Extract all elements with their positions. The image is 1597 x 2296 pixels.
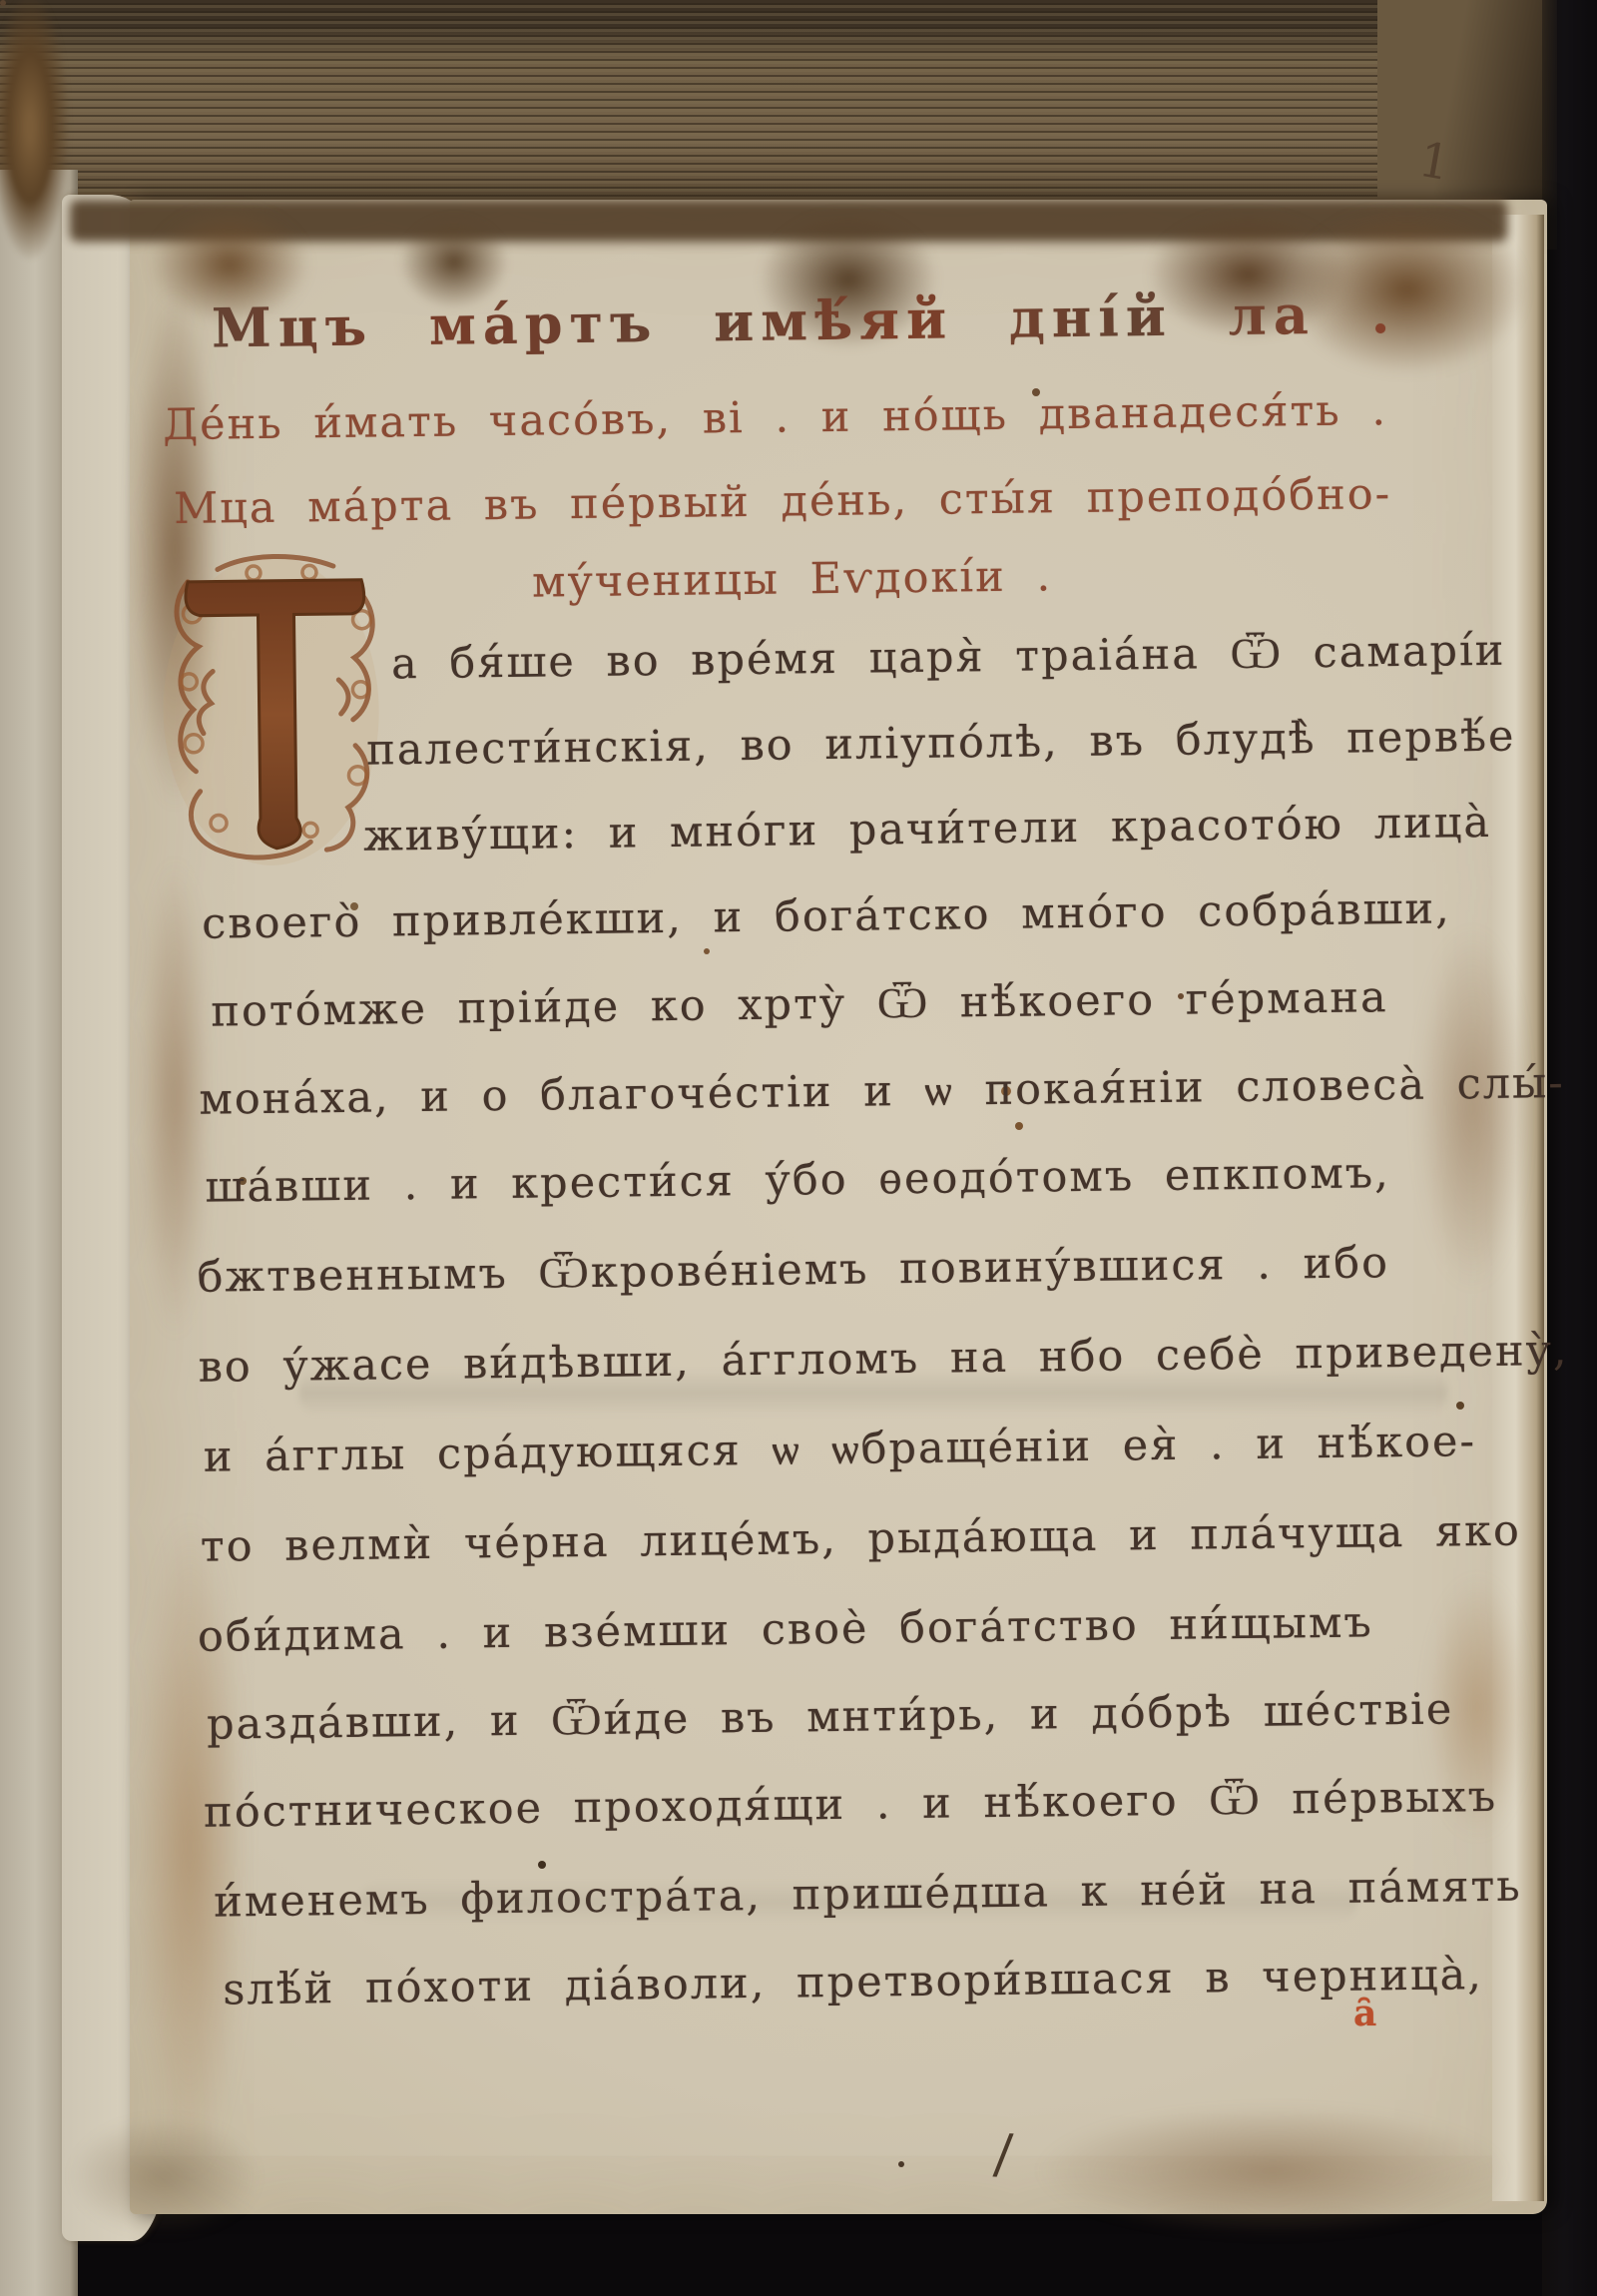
body-line: то велмѝ че́рна лице́мъ, рыда́юща и пла́… [201, 1506, 1522, 1572]
body-line: ша́вши . и крести́ся у́бо ѳеодо́томъ епк… [205, 1148, 1390, 1213]
body-line: палести́нскія, во иліупо́лѣ, въ блудѣ̀ п… [366, 712, 1516, 776]
rubric-line-month-title: Мцъ ма́ртъ имѣ́яй дні́й ла . [212, 282, 1397, 360]
body-line: и́менемъ филостра́та, прише́дша к не́й н… [214, 1862, 1522, 1928]
rubric-line-feast-1: Мца ма́рта въ пе́рвый де́нь, сты́я препо… [174, 469, 1392, 534]
body-line: своего̀ привле́кши, и бога́тско мно́го с… [202, 883, 1451, 948]
body-line: во у́жасе ви́дѣвши, а́ггломъ на нбо себѐ… [198, 1326, 1568, 1393]
body-line: разда́вши, и Ѿи́де въ мнти́рь, и до́брѣ … [207, 1684, 1454, 1749]
body-line: и а́гглы сра́дующяся ѡ ѡбраще́ніи ея̀ . … [203, 1417, 1476, 1482]
manuscript-photo: { "document": { "kind": "manuscript-page… [0, 0, 1597, 2296]
body-line: оби́дима . и взе́мши своѐ бога́тство ни́… [198, 1597, 1373, 1661]
body-line: пото́мже пріи́де ко хрту̀ Ѿ нѣ́коего ге́… [211, 972, 1388, 1036]
rubric-line-feast-2: му́ченицы Еѵдокі́и . [532, 551, 1053, 607]
body-line: а бя́ше во вре́мя царя̀ траіа́на Ѿ самар… [391, 626, 1506, 690]
body-line: бжтвеннымъ Ѿкрове́ніемъ повину́вшися . и… [197, 1238, 1389, 1303]
body-line: ѕлѣ́й по́хоти діа́воли, претвори́вшася в… [223, 1950, 1483, 2014]
body-line: живу́щи: и мно́ги рачи́тели красото́ю ли… [363, 798, 1491, 861]
text-layer: Мцъ ма́ртъ имѣ́яй дні́й ла . Де́нь и́мат… [0, 0, 1597, 2296]
body-line: по́стническое проходя́щи . и нѣ́коего Ѿ … [204, 1772, 1498, 1838]
decorative-initial-T: Т [158, 549, 396, 869]
quire-mark: а̑ [1353, 1993, 1376, 2034]
rubric-line-hours: Де́нь и́мать часо́въ, ві . и но́щь двана… [163, 385, 1387, 450]
body-line: мона́ха, и о благоче́стіи и ѡ покая́ніи … [199, 1058, 1565, 1125]
initial-ornament: Т [158, 549, 396, 869]
